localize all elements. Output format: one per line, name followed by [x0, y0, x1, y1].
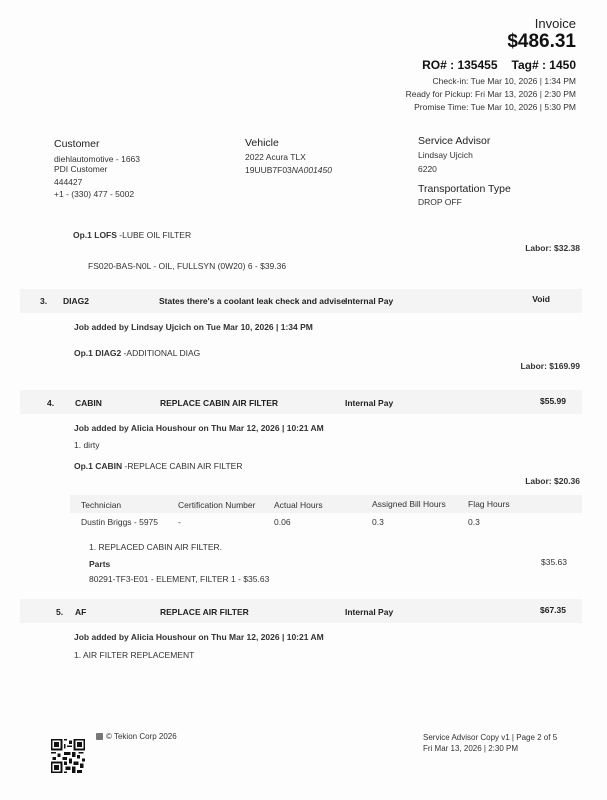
- labor-amount: Labor: $20.36: [525, 476, 580, 486]
- td-technician: Dustin Briggs - 5975: [81, 517, 158, 527]
- job-note: 1. dirty: [74, 440, 100, 450]
- transport-value: DROP OFF: [418, 197, 462, 207]
- job-code: CABIN: [75, 398, 102, 408]
- tag-number: Tag# : 1450: [512, 58, 576, 72]
- th-flag-hours: Flag Hours: [468, 499, 510, 509]
- customer-name: diehlautomotive - 1663: [54, 154, 140, 164]
- job-added-by: Job added by Alicia Houshour on Thu Mar …: [74, 632, 324, 642]
- job-row-4: [20, 390, 582, 414]
- op-line: Op.1 CABIN -REPLACE CABIN AIR FILTER: [74, 461, 242, 471]
- vin-suffix: NA001450: [292, 165, 332, 175]
- pay-type: Internal Pay: [345, 607, 393, 617]
- customer-type: PDI Customer: [54, 164, 107, 174]
- ro-number: RO# : 135455: [422, 58, 497, 72]
- correction-note: 1. REPLACED CABIN AIR FILTER.: [89, 542, 222, 552]
- vin-prefix: 19UUB7F03: [245, 165, 292, 175]
- job-description: REPLACE CABIN AIR FILTER: [160, 398, 278, 408]
- job-number: 5.: [56, 607, 63, 617]
- op-line: Op.1 DIAG2 -ADDITIONAL DIAG: [74, 348, 200, 358]
- ro-tag-line: RO# : 135455Tag# : 1450: [422, 58, 576, 72]
- parts-total: $35.63: [541, 557, 567, 567]
- labor-amount: Labor: $169.99: [520, 361, 580, 371]
- vehicle-model: 2022 Acura TLX: [245, 152, 306, 162]
- job-description: REPLACE AIR FILTER: [160, 607, 249, 617]
- pay-type: Internal Pay: [345, 398, 393, 408]
- labor-amount: Labor: $32.38: [525, 243, 580, 253]
- customer-label: Customer: [54, 138, 100, 150]
- job-code: AF: [75, 607, 86, 617]
- td-flag-hours: 0.3: [468, 517, 480, 527]
- vehicle-label: Vehicle: [245, 137, 279, 149]
- th-actual-hours: Actual Hours: [274, 500, 323, 510]
- advisor-name: Lindsay Ujcich: [418, 150, 473, 160]
- job-description: States there's a coolant leak check and …: [159, 296, 346, 306]
- job-row-5: [20, 599, 582, 623]
- copy-info: Service Advisor Copy v1 | Page 2 of 5: [423, 733, 557, 742]
- customer-phone: +1 - (330) 477 - 5002: [54, 189, 134, 199]
- tekion-logo-icon: [96, 733, 103, 740]
- vehicle-vin: 19UUB7F03NA001450: [245, 165, 332, 175]
- job-number: 3.: [40, 296, 47, 306]
- advisor-label: Service Advisor: [418, 135, 490, 147]
- job-code: DIAG2: [63, 296, 89, 306]
- job-added-by: Job added by Alicia Houshour on Thu Mar …: [74, 423, 324, 433]
- advisor-id: 6220: [418, 164, 437, 174]
- transport-label: Transportation Type: [418, 183, 511, 195]
- job-amount: $67.35: [540, 605, 566, 615]
- document-type: Invoice: [535, 16, 576, 31]
- parts-label: Parts: [89, 559, 110, 569]
- part-line: FS020-BAS-N0L - OIL, FULLSYN (0W20) 6 - …: [88, 261, 286, 271]
- pay-type: Internal Pay: [345, 296, 393, 306]
- qr-code-icon: [51, 737, 85, 775]
- printed-date: Fri Mar 13, 2026 | 2:30 PM: [423, 744, 518, 753]
- job-added-by: Job added by Lindsay Ujcich on Tue Mar 1…: [74, 322, 313, 332]
- th-certification: Certification Number: [178, 500, 255, 510]
- copyright: © Tekion Corp 2026: [96, 732, 177, 741]
- job-amount: Void: [532, 294, 550, 304]
- op-line: Op.1 LOFS -LUBE OIL FILTER: [73, 230, 191, 240]
- job-note: 1. AIR FILTER REPLACEMENT: [74, 650, 194, 660]
- customer-id: 444427: [54, 177, 82, 187]
- job-amount: $55.99: [540, 396, 566, 406]
- check-in: Check-in: Tue Mar 10, 2026 | 1:34 PM: [433, 76, 576, 86]
- th-technician: Technician: [81, 500, 121, 510]
- invoice-total: $486.31: [507, 31, 576, 53]
- job-number: 4.: [47, 398, 54, 408]
- td-certification: -: [178, 517, 181, 527]
- td-actual-hours: 0.06: [274, 517, 291, 527]
- part-line: 80291-TF3-E01 - ELEMENT, FILTER 1 - $35.…: [89, 574, 269, 584]
- promise-time: Promise Time: Tue Mar 10, 2026 | 5:30 PM: [414, 102, 576, 112]
- ready-for-pickup: Ready for Pickup: Fri Mar 13, 2026 | 2:3…: [406, 89, 576, 99]
- td-bill-hours: 0.3: [372, 517, 384, 527]
- th-bill-hours: Assigned Bill Hours: [372, 499, 446, 509]
